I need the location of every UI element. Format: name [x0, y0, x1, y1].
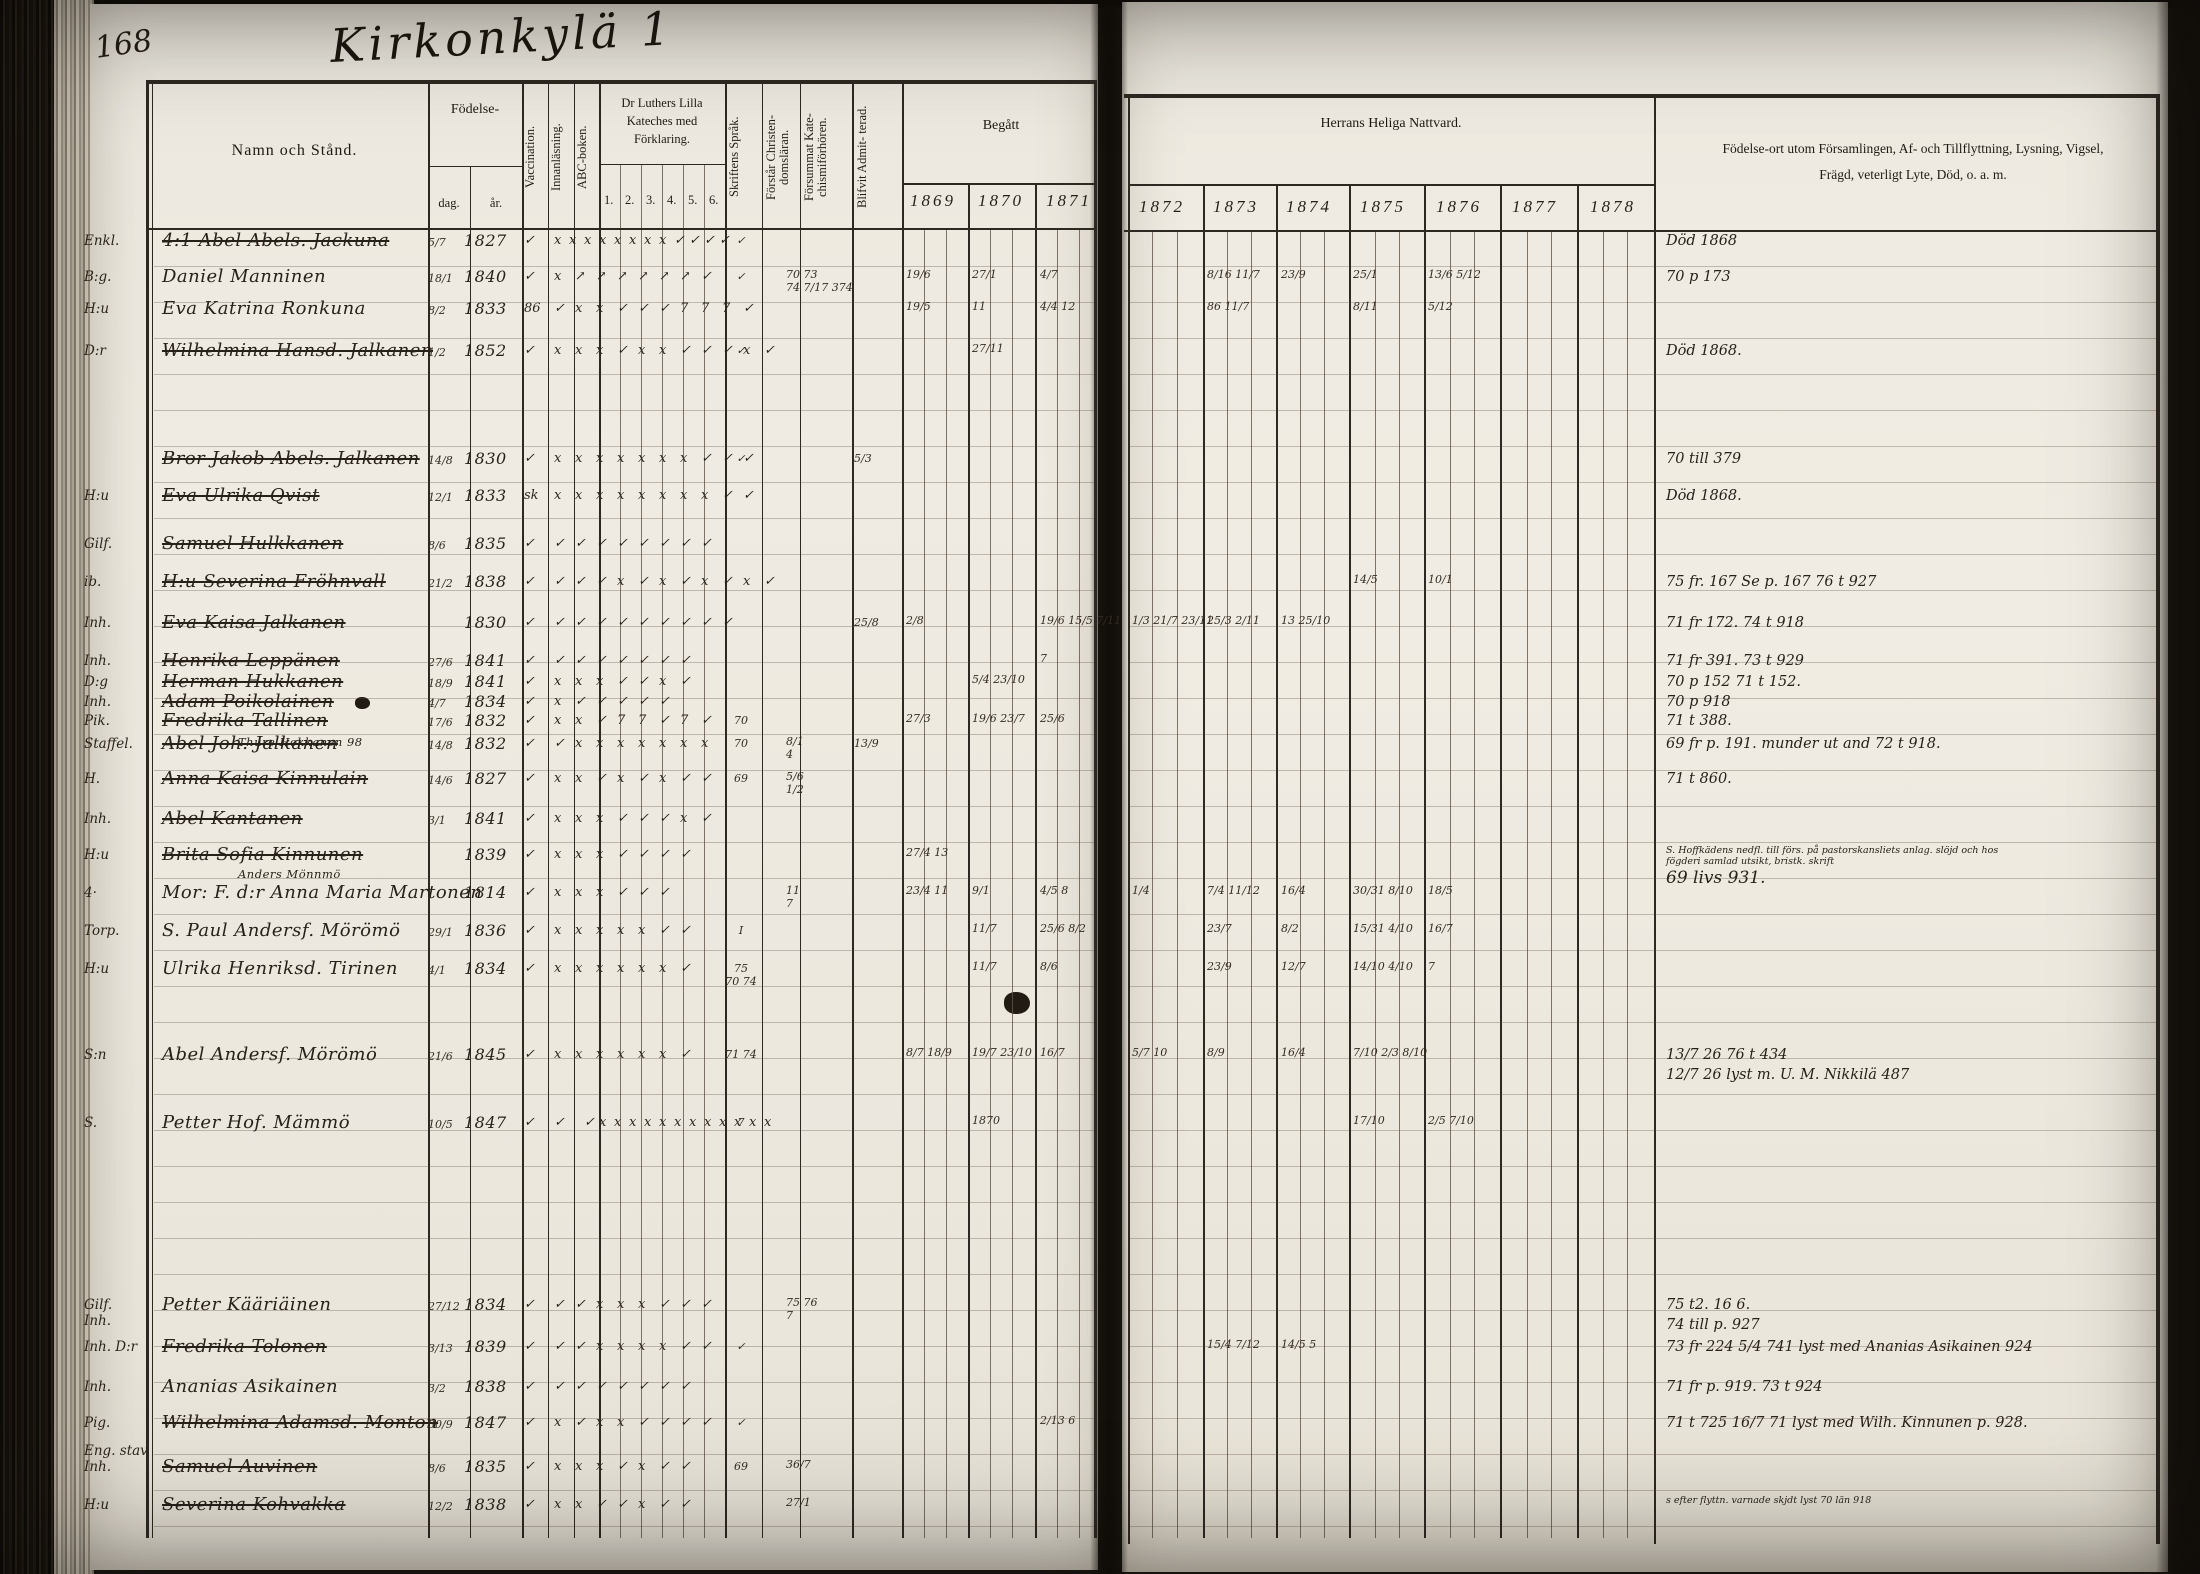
row-communion-1875: 7/10 2/3 8/10 [1353, 1046, 1427, 1059]
row-exam-mark: ✓ [680, 1416, 691, 1429]
row-exam-mark: ✓ [722, 616, 733, 629]
row-exam-mark: x [638, 1298, 645, 1311]
row-exam-mark: ✓ [659, 1380, 670, 1393]
grid-hline [1130, 950, 2156, 951]
row-exam-mark: ✓ [701, 772, 712, 785]
row-exam-mark: ✓ [596, 695, 607, 708]
grid-hline [1130, 1382, 2156, 1383]
row-exam-mark: x [596, 1048, 603, 1061]
row-birth-year: 1832 [464, 736, 507, 752]
row-birth-day: 14/6 [428, 774, 453, 787]
row-exam-mark: x [638, 962, 645, 975]
row-birth-day: 1/2 [428, 346, 446, 359]
catechism-col-label: 4. [667, 194, 676, 207]
row-exam-mark: ↗ [575, 270, 586, 283]
row-exam-mark: x [554, 675, 561, 688]
row-vaccination-mark: ✓ [524, 654, 535, 667]
row-communion-1871: 4/5 8 [1040, 884, 1068, 897]
catechism-col-label: 2. [625, 194, 634, 207]
row-exam-mark: x [554, 924, 561, 937]
grid-vline [1079, 228, 1080, 1538]
grid-hline [1130, 914, 2156, 915]
grid-hline [1130, 734, 2156, 735]
grid-vline [1424, 184, 1426, 1538]
row-exam-mark: ✓ [680, 962, 691, 975]
row-exam-mark: ✓ [659, 812, 670, 825]
row-name: Abel Kantanen [162, 810, 303, 828]
row-communion-1869: 27/4 13 [906, 846, 948, 859]
row-exam-mark: x [629, 1116, 636, 1129]
understands-doctrine-header: Förstår Christen- domsläran. [765, 88, 799, 226]
row-exam-mark: ✓ [554, 537, 565, 550]
row-exam-mark: x [554, 886, 561, 899]
row-name: Samuel Hulkkanen [162, 535, 343, 553]
year-label: 1873 [1213, 198, 1259, 215]
row-exam-mark: ✓ [659, 1498, 670, 1511]
row-exam-mark: x [575, 737, 582, 750]
row-remark: 74 till p. 927 [1666, 1318, 1760, 1333]
row-margin-note: 4· [84, 886, 97, 902]
grid-hline [1124, 230, 2160, 232]
row-birth-year: 1830 [464, 451, 507, 467]
row-exam-mark: x [638, 1498, 645, 1511]
row-remark: 71 t 725 16/7 71 lyst med Wilh. Kinnunen… [1666, 1416, 2028, 1431]
row-script-mark: 70 [722, 737, 760, 750]
row-script-mark: ✓ [722, 234, 760, 247]
grid-hline [154, 1202, 1094, 1203]
row-exam-mark: ✓ [617, 695, 628, 708]
row-exam-mark: ✓ [638, 654, 649, 667]
grid-vline [1276, 184, 1278, 1538]
catechism-header-line3: Förklaring. [599, 130, 725, 148]
row-vaccination-mark: ✓ [524, 616, 535, 629]
row-script-mark: 75 70 74 [722, 962, 760, 988]
grid-hline [154, 1454, 1094, 1455]
row-communion-1874: 23/9 [1281, 268, 1306, 281]
row-margin-note: H:u [84, 848, 109, 864]
year-label: 1874 [1286, 198, 1332, 215]
row-exam-mark: ✓ [617, 1498, 628, 1511]
row-birth-day: 14/8 [428, 739, 453, 752]
grid-hline [154, 842, 1094, 843]
row-exam-mark: x [701, 737, 708, 750]
row-exam-mark: ✓ [701, 812, 712, 825]
row-vaccination-mark: ✓ [524, 1048, 535, 1061]
grid-hline [1130, 1130, 2156, 1131]
row-exam-mark: ✓ [722, 489, 733, 502]
grid-hline [1130, 662, 2156, 663]
row-birth-day: 4/1 [428, 964, 446, 977]
row-exam-mark: 7 [680, 714, 688, 727]
row-birth-day: 18/9 [428, 677, 453, 690]
row-communion-1876: 13/6 5/12 [1428, 268, 1481, 281]
row-birth-year: 1827 [464, 771, 507, 787]
row-margin-note: Pig. [84, 1416, 110, 1432]
grid-vline [1012, 228, 1013, 1538]
row-vaccination-mark: ✓ [524, 962, 535, 975]
row-communion-1875: 25/1 [1353, 268, 1378, 281]
row-communion-1874: 8/2 [1281, 922, 1299, 935]
row-birth-day: 27/6 [428, 656, 453, 669]
grid-hline [1130, 986, 2156, 987]
row-birth-year: 1834 [464, 1297, 507, 1313]
book-binding-edge [0, 0, 58, 1574]
row-remark: 70 p 152 71 t 152. [1666, 675, 1801, 690]
row-name: Eva Kaisa Jalkanen [162, 614, 346, 632]
grid-vline [1527, 230, 1528, 1538]
scan-right-edge [2156, 0, 2200, 1574]
admitted-header: Blifvit Admit- terad. [856, 88, 900, 226]
grid-vline [428, 80, 430, 1538]
row-communion-1870: 19/6 23/7 [972, 712, 1025, 725]
row-exam-mark: ✓ [617, 848, 628, 861]
birth-column-header: Födelse- [428, 102, 522, 118]
grid-vline [548, 80, 549, 1538]
row-exam-mark: ✓ [659, 1298, 670, 1311]
row-communion-1872: 5/7 10 [1132, 1046, 1167, 1059]
grid-vline [990, 228, 991, 1538]
grid-hline [154, 986, 1094, 987]
row-exam-mark: x [659, 737, 666, 750]
row-exam-mark: ✓ [575, 654, 586, 667]
row-exam-mark: x [680, 452, 687, 465]
row-birth-year: 1839 [464, 847, 507, 863]
row-margin-note: Inh. [84, 1380, 111, 1396]
grid-vline [1057, 228, 1058, 1538]
row-exam-mark: ✓ [680, 1460, 691, 1473]
row-exam-mark: ✓ [701, 537, 712, 550]
row-script-mark: ✓ [722, 1340, 760, 1353]
row-exam-mark: x [575, 924, 582, 937]
grid-hline [1130, 482, 2156, 483]
birth-year-header: år. [470, 194, 522, 212]
row-exam-mark: ✓ [584, 1116, 595, 1129]
row-exam-mark: ✓ [680, 924, 691, 937]
row-birth-year: 1835 [464, 1459, 507, 1475]
grid-hline [1130, 1310, 2156, 1311]
row-exam-mark: x [680, 812, 687, 825]
row-exam-mark: ✓ [701, 270, 712, 283]
row-margin-note: ib. [84, 575, 101, 591]
row-margin-note: Gilf. Inh. [84, 1298, 112, 1329]
row-script-mark: 7 [722, 1116, 760, 1129]
row-exam-mark: ✓ [638, 575, 649, 588]
grid-hline [1130, 842, 2156, 843]
row-exam-mark: ✓ [701, 452, 712, 465]
grid-vline [762, 80, 763, 1538]
row-name: Anna Kaisa Kinnulain [162, 770, 368, 788]
row-name: Wilhelmina Adamsd. Monton [162, 1414, 438, 1432]
row-remark: 70 till 379 [1666, 452, 1741, 467]
row-name: H:u Severina Fröhnvall [162, 573, 386, 591]
row-exam-mark: ✓ [617, 302, 628, 315]
grid-hline [1130, 1454, 2156, 1455]
grid-hline [1130, 590, 2156, 591]
row-exam-mark: x [659, 234, 666, 247]
row-vaccination-mark: ✓ [524, 1340, 535, 1353]
row-exam-mark: ✓ [674, 234, 685, 247]
grid-hline [146, 80, 1097, 84]
grid-hline [1128, 184, 1654, 186]
remarks-header-line1: Födelse-ort utom Församlingen, Af- och T… [1664, 142, 2162, 156]
row-margin-note: H:u [84, 1498, 109, 1514]
row-exam-mark: x [554, 270, 561, 283]
row-exam-mark: 7 [722, 302, 730, 315]
row-name: Daniel Manninen [162, 268, 326, 286]
row-margin-note: Gilf. [84, 537, 112, 553]
row-name: Abel Andersf. Mörömö [162, 1046, 377, 1064]
row-exam-mark: ✓ [575, 695, 586, 708]
row-birth-year: 1839 [464, 1339, 507, 1355]
right-page [1122, 2, 2168, 1572]
row-exam-mark: ✓ [680, 654, 691, 667]
grid-hline [1130, 410, 2156, 411]
row-script-mark: I [722, 924, 760, 937]
row-exam-mark: ✓ [680, 616, 691, 629]
grid-hline [1130, 1526, 2156, 1527]
row-exam-mark: x [617, 1340, 624, 1353]
row-margin-note: S. [84, 1116, 97, 1132]
grid-hline [154, 1526, 1094, 1527]
grid-hline [154, 950, 1094, 951]
row-exam-mark: x [638, 489, 645, 502]
row-vaccination-mark: ✓ [524, 772, 535, 785]
row-exam-mark: ✓ [617, 812, 628, 825]
grid-hline [599, 164, 725, 165]
row-communion-1871: 2/13 6 [1040, 1414, 1075, 1427]
grid-hline [154, 518, 1094, 519]
row-communion-1876: 2/5 7/10 [1428, 1114, 1474, 1127]
row-birth-day: 29/1 [428, 926, 453, 939]
row-vaccination-mark: ✓ [524, 270, 535, 283]
row-vaccination-mark: ✓ [524, 695, 535, 708]
grid-vline [946, 228, 947, 1538]
row-vaccination-mark: ✓ [524, 234, 535, 247]
row-exam-mark: ✓ [701, 1298, 712, 1311]
year-label: 1877 [1512, 198, 1558, 215]
row-exam-mark: x [617, 772, 624, 785]
row-communion-1874: 12/7 [1281, 960, 1306, 973]
row-exam-mark: x [575, 772, 582, 785]
row-name: Samuel Auvinen [162, 1458, 317, 1476]
row-script-mark: 69 [722, 772, 760, 785]
grid-hline [154, 1022, 1094, 1023]
row-birth-year: 1835 [464, 536, 507, 552]
reading-header: Innanläsning. [550, 88, 572, 226]
row-communion-1873: 15/4 7/12 [1207, 1338, 1260, 1351]
row-exam-mark: x [638, 344, 645, 357]
row-name: Petter Kääriäinen [162, 1296, 332, 1314]
row-exam-mark: ✓ [680, 537, 691, 550]
row-name: Ulrika Henriksd. Tirinen [162, 960, 398, 978]
row-exam-mark: x [638, 924, 645, 937]
row-exam-mark: ✓ [617, 616, 628, 629]
grid-hline [154, 482, 1094, 483]
year-label: 1870 [978, 192, 1024, 209]
row-margin-note: Staffel. [84, 737, 133, 753]
row-communion-1871: 16/7 [1040, 1046, 1065, 1059]
row-exam-mark: x [554, 1498, 561, 1511]
row-margin-note: H:u [84, 962, 109, 978]
row-exam-mark: x [659, 575, 666, 588]
row-communion-1870: 27/11 [972, 342, 1004, 355]
row-vaccination-mark: ✓ [524, 1298, 535, 1311]
grid-vline [1474, 230, 1475, 1538]
catechism-col-label: 5. [688, 194, 697, 207]
grid-hline [154, 446, 1094, 447]
row-exam-mark: x [599, 1116, 606, 1129]
row-exam-mark: x [701, 489, 708, 502]
row-exam-mark: x [674, 1116, 681, 1129]
row-exam-mark: x [659, 1340, 666, 1353]
grid-vline [704, 164, 705, 1538]
grid-hline [1130, 554, 2156, 555]
row-exam-mark: ✓ [689, 234, 700, 247]
grid-hline [1130, 1274, 2156, 1275]
vaccination-header: Vaccination. [524, 88, 546, 226]
row-communion-1869: 2/8 [906, 614, 924, 627]
row-exam-mark: x [575, 489, 582, 502]
row-communion-1871: 7 [1040, 652, 1047, 665]
row-name: Herman Hukkanen [162, 673, 343, 691]
grid-vline [1094, 80, 1097, 1538]
grid-hline [154, 554, 1094, 555]
name-column-header: Namn och Stånd. [167, 142, 422, 160]
row-birth-year: 1841 [464, 674, 507, 690]
row-missed-note: 36/7 [786, 1458, 811, 1471]
grid-vline [1627, 230, 1628, 1538]
row-birth-day: 17/6 [428, 716, 453, 729]
row-vaccination-mark: ✓ [524, 537, 535, 550]
script-language-header: Skriftens Språk. [728, 88, 758, 226]
row-exam-mark: x [596, 737, 603, 750]
row-exam-mark: x [617, 452, 624, 465]
row-exam-mark: ✓ [554, 1298, 565, 1311]
row-exam-mark: ✓ [617, 1380, 628, 1393]
row-birth-day: 5/7 [428, 236, 446, 249]
row-birth-year: 1838 [464, 1497, 507, 1513]
catechism-col-label: 6. [709, 194, 718, 207]
row-communion-1871: 25/6 [1040, 712, 1065, 725]
row-communion-1870: 19/7 23/10 [972, 1046, 1032, 1059]
row-exam-mark: x [575, 848, 582, 861]
grid-vline [1551, 230, 1552, 1538]
row-exam-mark: ✓ [554, 654, 565, 667]
row-exam-mark: ✓ [659, 714, 670, 727]
row-exam-mark: x [554, 812, 561, 825]
row-remark: Död 1868. [1666, 344, 1742, 359]
row-exam-mark: ✓ [638, 848, 649, 861]
row-communion-1875: 14/5 [1353, 573, 1378, 586]
row-birth-year: 1838 [464, 1379, 507, 1395]
row-communion-1870: 11 [972, 300, 986, 313]
row-vaccination-mark: ✓ [524, 737, 535, 750]
row-exam-mark: x [638, 1340, 645, 1353]
row-exam-mark: x [554, 1460, 561, 1473]
row-exam-mark: x [554, 1416, 561, 1429]
row-exam-mark: ↗ [596, 270, 607, 283]
row-exam-mark: x [554, 234, 561, 247]
row-script-mark: ✓ [722, 1416, 760, 1429]
row-exam-mark: x [575, 1048, 582, 1061]
row-communion-1874: 16/4 [1281, 1046, 1306, 1059]
row-communion-1875: 30/31 8/10 [1353, 884, 1413, 897]
grid-hline [1130, 1094, 2156, 1095]
row-exam-mark: x [596, 812, 603, 825]
row-exam-mark: ✓ [722, 575, 733, 588]
row-exam-mark: ✓ [680, 1048, 691, 1061]
row-birth-day: 8/2 [428, 304, 446, 317]
row-exam-mark: ✓ [617, 537, 628, 550]
row-exam-mark: ✓ [596, 714, 607, 727]
grid-vline [574, 80, 575, 1538]
remarks-header-line2: Frägd, veterligt Lyte, Död, o. a. m. [1664, 168, 2162, 182]
row-exam-mark: ✓ [764, 344, 775, 357]
row-exam-mark: ✓ [701, 1340, 712, 1353]
row-exam-mark: ✓ [704, 234, 715, 247]
row-exam-mark: x [659, 489, 666, 502]
row-exam-mark: ✓ [638, 675, 649, 688]
row-remark: 12/7 26 lyst m. U. M. Nikkilä 487 [1666, 1068, 1909, 1083]
row-birth-year: 1841 [464, 811, 507, 827]
row-exam-mark: x [617, 737, 624, 750]
row-exam-mark: x [596, 886, 603, 899]
grid-hline [1130, 446, 2156, 447]
row-vaccination-mark: ✓ [524, 1116, 535, 1129]
row-name: Brita Sofia Kinnunen [162, 846, 363, 864]
row-exam-mark: x [596, 489, 603, 502]
row-margin-note: H. [84, 772, 100, 788]
row-exam-mark: x [617, 489, 624, 502]
row-birth-year: 1834 [464, 694, 507, 710]
row-script-mark: 70 [722, 714, 760, 727]
row-exam-mark: ↗ [638, 270, 649, 283]
grid-vline [924, 228, 925, 1538]
row-exam-mark: ✓ [554, 737, 565, 750]
row-name: Adam Poikolainen [162, 693, 334, 711]
row-exam-mark: x [596, 302, 603, 315]
row-communion-1874: 14/5 5 [1281, 1338, 1316, 1351]
grid-hline [154, 410, 1094, 411]
row-exam-mark: x [617, 575, 624, 588]
row-communion-1876: 5/12 [1428, 300, 1453, 313]
row-exam-mark: ✓ [575, 1340, 586, 1353]
grid-hline [1130, 770, 2156, 771]
row-communion-1871: 4/4 12 [1040, 300, 1075, 313]
row-remark: 69 fr p. 191. munder ut and 72 t 918. [1666, 737, 1941, 752]
row-remark: 73 fr 224 5/4 741 lyst med Ananias Asika… [1666, 1340, 2033, 1355]
row-communion-1876: 7 [1428, 960, 1435, 973]
row-exam-mark: x [743, 575, 750, 588]
row-exam-mark: x [596, 924, 603, 937]
row-admitted-date: 13/9 [854, 737, 879, 750]
row-communion-1875: 8/11 [1353, 300, 1378, 313]
row-exam-mark: x [638, 737, 645, 750]
row-missed-note: 70 73 74 7/17 374 [786, 268, 853, 294]
row-exam-mark: ↗ [680, 270, 691, 283]
grid-hline [154, 1274, 1094, 1275]
row-margin-note: B:g. [84, 270, 111, 286]
row-birth-day: 30/9 [428, 1418, 453, 1431]
row-remark: Död 1868. [1666, 489, 1742, 504]
year-label: 1871 [1046, 192, 1092, 209]
grid-vline [599, 80, 601, 1538]
row-communion-1874: 13 25/10 [1281, 614, 1330, 627]
row-exam-mark: ✓ [554, 302, 565, 315]
row-communion-1870: 9/1 [972, 884, 990, 897]
row-birth-day: 3/2 [428, 1382, 446, 1395]
row-margin-note: Inh. [84, 812, 111, 828]
